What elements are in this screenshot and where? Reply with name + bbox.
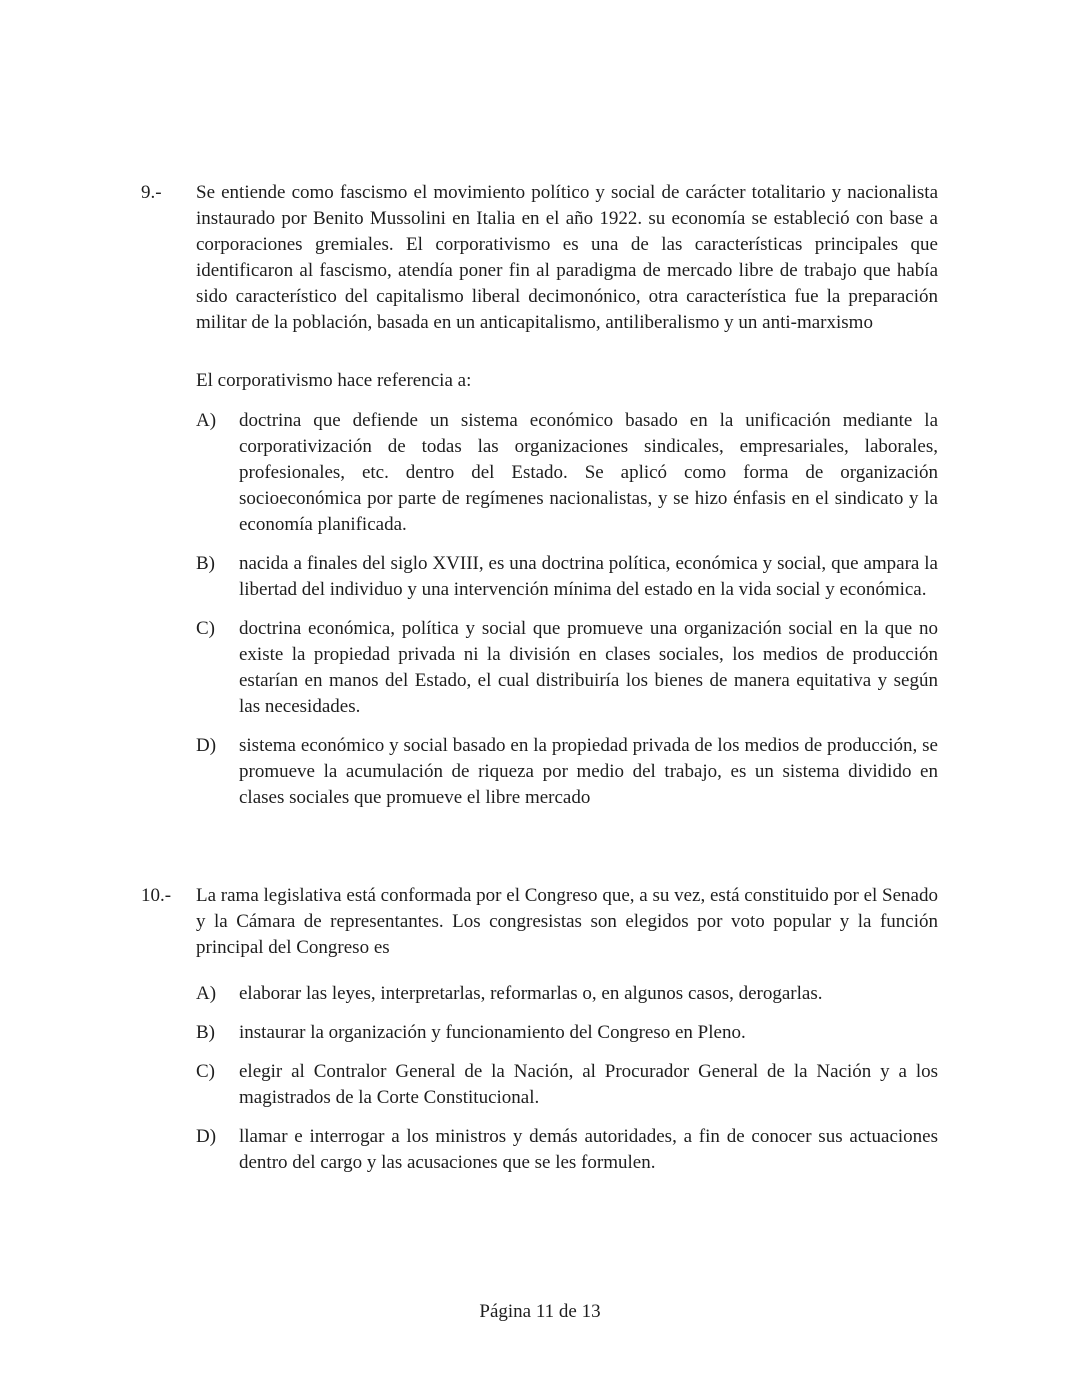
question-intro: La rama legislativa está conformada por … — [196, 883, 938, 961]
option-label: D) — [196, 1124, 239, 1150]
option-label: A) — [196, 408, 239, 434]
option-text: doctrina económica, política y social qu… — [239, 616, 938, 720]
option-label: C) — [196, 616, 239, 642]
question-intro: Se entiende como fascismo el movimiento … — [196, 180, 938, 336]
option-label: B) — [196, 1020, 239, 1046]
question-10: 10.- La rama legislativa está conformada… — [141, 883, 938, 1176]
question-body: La rama legislativa está conformada por … — [196, 883, 938, 1176]
option-row-d: D) sistema económico y social basado en … — [196, 733, 938, 811]
option-row-a: A) doctrina que defiende un sistema econ… — [196, 408, 938, 538]
question-9: 9.- Se entiende como fascismo el movimie… — [141, 180, 938, 811]
question-prompt: El corporativismo hace referencia a: — [196, 368, 938, 394]
question-number: 10.- — [141, 883, 196, 909]
question-body: Se entiende como fascismo el movimiento … — [196, 180, 938, 811]
option-text: instaurar la organización y funcionamien… — [239, 1020, 938, 1046]
option-label: D) — [196, 733, 239, 759]
option-row-a: A) elaborar las leyes, interpretarlas, r… — [196, 981, 938, 1007]
option-row-c: C) elegir al Contralor General de la Nac… — [196, 1059, 938, 1111]
option-label: B) — [196, 551, 239, 577]
question-number: 9.- — [141, 180, 196, 206]
option-text: elaborar las leyes, interpretarlas, refo… — [239, 981, 938, 1007]
option-label: A) — [196, 981, 239, 1007]
document-page: 9.- Se entiende como fascismo el movimie… — [0, 0, 1080, 1397]
option-row-b: B) nacida a finales del siglo XVIII, es … — [196, 551, 938, 603]
page-content: 9.- Se entiende como fascismo el movimie… — [141, 180, 938, 1176]
option-text: elegir al Contralor General de la Nación… — [239, 1059, 938, 1111]
option-row-c: C) doctrina económica, política y social… — [196, 616, 938, 720]
option-label: C) — [196, 1059, 239, 1085]
option-row-d: D) llamar e interrogar a los ministros y… — [196, 1124, 938, 1176]
option-text: llamar e interrogar a los ministros y de… — [239, 1124, 938, 1176]
page-footer: Página 11 de 13 — [0, 1299, 1080, 1325]
option-row-b: B) instaurar la organización y funcionam… — [196, 1020, 938, 1046]
option-text: doctrina que defiende un sistema económi… — [239, 408, 938, 538]
option-text: sistema económico y social basado en la … — [239, 733, 938, 811]
option-text: nacida a finales del siglo XVIII, es una… — [239, 551, 938, 603]
